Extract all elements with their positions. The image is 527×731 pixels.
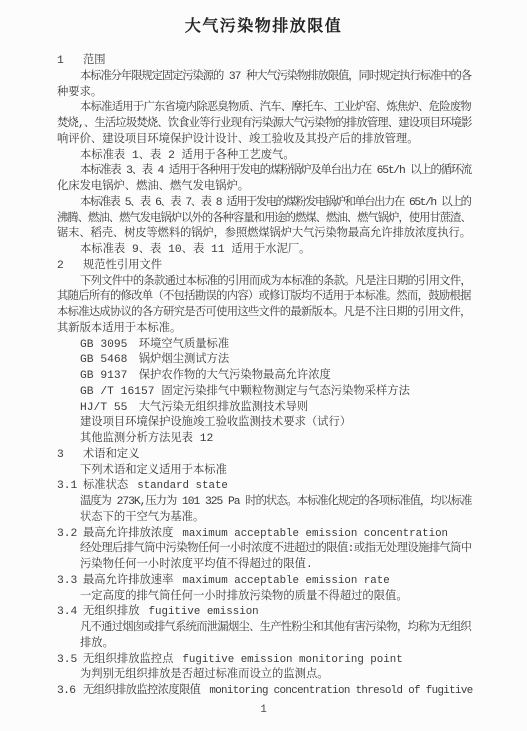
text-line: 温度为 273K,压力为 101 325 Pa 时的状态。本标准化规定的各项标准… xyxy=(57,495,471,511)
definition-heading: 3.5无组织排放监控点fugitive emission monitoring … xyxy=(57,653,471,669)
text-line: 排放。 xyxy=(57,637,471,653)
english-term: maximum acceptable emission rate xyxy=(182,575,389,587)
text-line: 沸腾、燃油、燃气发电锅炉以外的各种容量和用途的燃煤、燃油、燃气锅炉，使用甘蔗渣、 xyxy=(57,212,471,228)
text-line: 为判别无组织排放是否超过标准而设立的监测点。 xyxy=(57,668,471,684)
text-line: GB 3095 环境空气质量标准 xyxy=(57,338,471,354)
text-line: 其新版本适用于本标准。 xyxy=(57,322,471,338)
text-line: 化床发电锅炉、燃油、燃气发电锅炉。 xyxy=(57,180,471,196)
text-line: 本标准表 1、表 2 适用于各种工艺废气。 xyxy=(57,149,471,165)
definition-heading: 3.4无组织排放fugitive emission xyxy=(57,605,471,621)
heading-label: 最高允许排放速率 xyxy=(83,575,173,587)
text-line: 本标准表 9、表 10、表 11 适用于水泥厂。 xyxy=(57,243,471,259)
section-number: 3 xyxy=(57,448,83,464)
section-number: 3.2 xyxy=(57,527,83,543)
heading-label: 规范性引用文件 xyxy=(83,260,162,272)
section-number: 3.3 xyxy=(57,574,83,590)
text-line: 建设项目环境保护设施竣工验收监测技术要求（试行） xyxy=(57,416,471,432)
heading-label: 术语和定义 xyxy=(83,449,140,461)
text-line: 一定高度的排气筒任何一小时排放污染物的质量不得超过的限值。 xyxy=(57,590,471,606)
text-line: 其他监测分析方法见表 12 xyxy=(57,432,471,448)
definition-heading: 3.1标准状态standard state xyxy=(57,479,471,495)
section-number: 3.6 xyxy=(57,684,83,700)
text-line: 下列术语和定义适用于本标准 xyxy=(57,464,471,480)
document-page: 大气污染物排放限值 1范围本标准分年限规定固定污染源的 37 种大气污染物排放限… xyxy=(0,0,527,731)
document-title: 大气污染物排放限值 xyxy=(0,13,527,36)
english-term: monitoring concentration thresold of fug… xyxy=(209,685,472,697)
text-line: 其随后所有的修改单（不包括勘误的内容）或修订版均不适用于本标准。然而，鼓励根据 xyxy=(57,290,471,306)
section-heading: 1范围 xyxy=(57,54,471,70)
definition-heading: 3.2最高允许排放浓度maximum acceptable emission c… xyxy=(57,527,471,543)
document-body: 1范围本标准分年限规定固定污染源的 37 种大气污染物排放限值，同时规定执行标准… xyxy=(57,54,471,700)
section-heading: 2规范性引用文件 xyxy=(57,259,471,275)
text-line: 污染物任何一小时浓度平均值不得超过的限值. xyxy=(57,558,471,574)
section-heading: 3术语和定义 xyxy=(57,448,471,464)
heading-label: 无组织排放监控点 xyxy=(83,654,173,666)
text-line: 焚烧,、生活垃圾焚烧、饮食业等行业现有污染源大气污染物的排放管理、建设项目环境影 xyxy=(57,117,471,133)
text-line: 本标准达成协议的各方研究是否可使用这些文件的最新版本。凡是不注日期的引用文件， xyxy=(57,306,471,322)
heading-label: 最高允许排放浓度 xyxy=(83,528,173,540)
text-line: GB 5468 锅炉烟尘测试方法 xyxy=(57,353,471,369)
heading-label: 标准状态 xyxy=(83,480,128,492)
text-line: 锯末、稻壳、树皮等燃料的锅炉，参照燃煤锅炉大气污染物最高允许排放浓度执行。 xyxy=(57,227,471,243)
section-number: 3.1 xyxy=(57,479,83,495)
heading-label: 无组织排放 xyxy=(83,606,140,618)
text-line: GB 9137 保护农作物的大气污染物最高允许浓度 xyxy=(57,369,471,385)
text-line: 本标准表 5、表 6、表 7、表 8 适用于发电的煤粉发电锅炉和单台出力在 65… xyxy=(57,196,471,212)
english-term: fugitive emission monitoring point xyxy=(182,654,402,666)
text-line: 响评价、建设项目环境保护设计设计、竣工验收及其投产后的排放管理。 xyxy=(57,133,471,149)
section-number: 2 xyxy=(57,259,83,275)
text-line: 种要求。 xyxy=(57,86,471,102)
text-line: 经处理后排气筒中污染物任何一小时浓度不进超过的限值:或指无处理设施排气筒中 xyxy=(57,542,471,558)
text-line: 本标准适用于广东省境内除恶臭物质、汽车、摩托车、工业炉窑、炼焦炉、危险废物 xyxy=(57,101,471,117)
text-line: GB /T 16157 固定污染排气中颗粒物测定与气态污染物采样方法 xyxy=(57,385,471,401)
english-term: maximum acceptable emission concentratio… xyxy=(182,528,448,540)
page-number: 1 xyxy=(0,704,527,716)
section-number: 3.5 xyxy=(57,653,83,669)
text-line: 本标准分年限规定固定污染源的 37 种大气污染物排放限值，同时规定执行标准中的各 xyxy=(57,70,471,86)
heading-label: 无组织排放监控浓度限值 xyxy=(83,685,200,697)
text-line: 状态下的干空气为基准。 xyxy=(57,511,471,527)
section-number: 3.4 xyxy=(57,605,83,621)
definition-heading: 3.6无组织排放监控浓度限值monitoring concentration t… xyxy=(57,684,471,700)
text-line: 凡不通过烟囱或排气系统而泄漏烟尘、生产性粉尘和其他有害污染物，均称为无组织 xyxy=(57,621,471,637)
text-line: HJ/T 55 大气污染无组织排放监测技术导则 xyxy=(57,401,471,417)
english-term: standard state xyxy=(137,480,228,492)
text-line: 下列文件中的条款通过本标准的引用而成为本标准的条款。凡是注日期的引用文件， xyxy=(57,275,471,291)
heading-label: 范围 xyxy=(83,55,106,67)
section-number: 1 xyxy=(57,54,83,70)
english-term: fugitive emission xyxy=(149,606,259,618)
definition-heading: 3.3最高允许排放速率maximum acceptable emission r… xyxy=(57,574,471,590)
text-line: 本标准表 3、表 4 适用于各种用于发电的煤粉锅炉及单台出力在 65t/h 以上… xyxy=(57,164,471,180)
